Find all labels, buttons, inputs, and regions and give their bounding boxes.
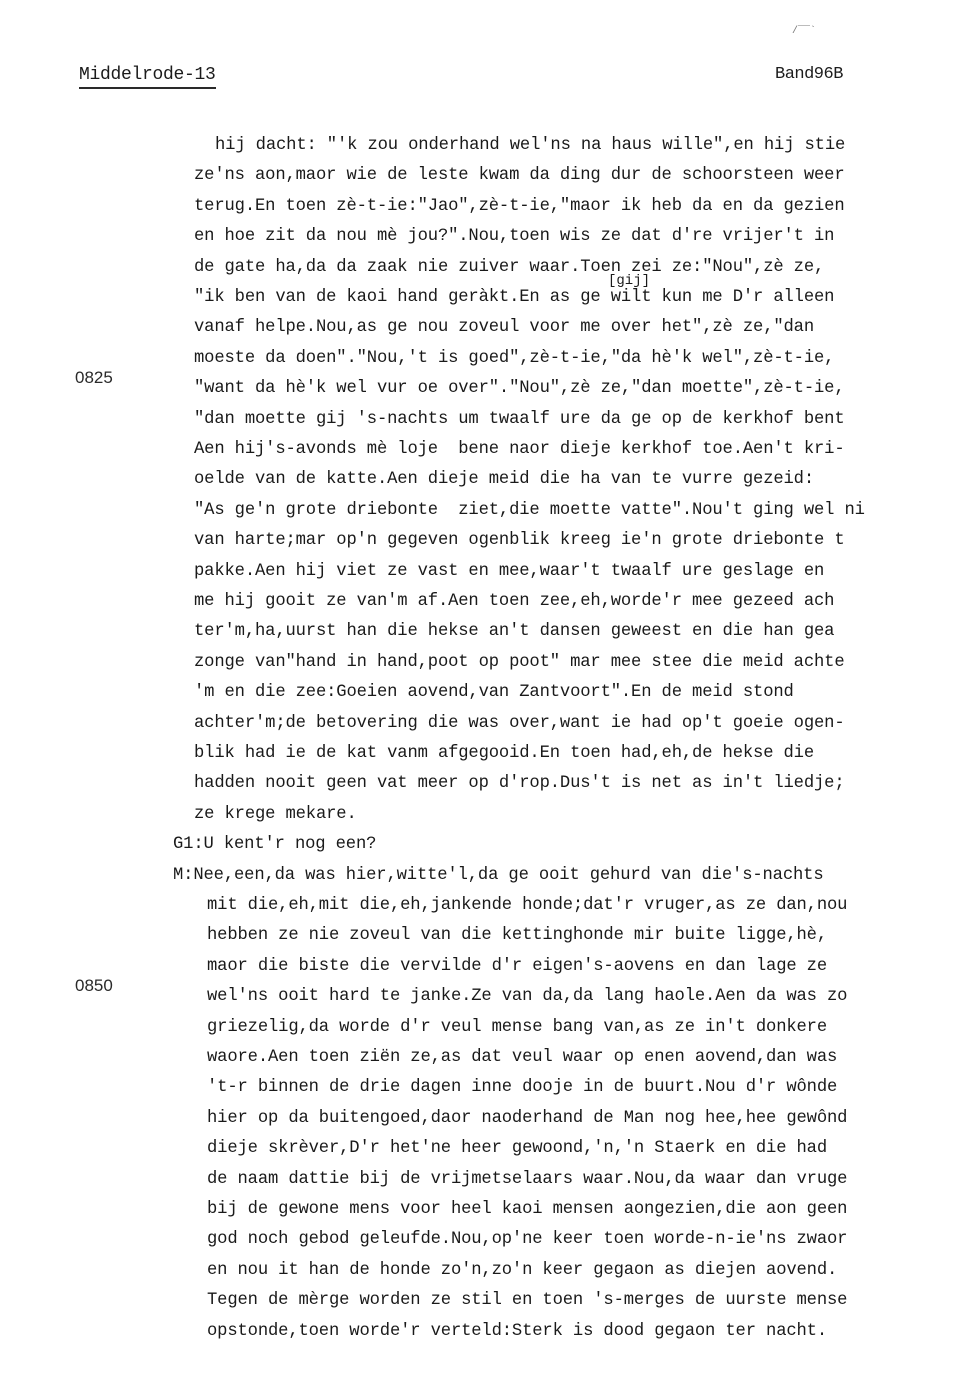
transcript-line: G1:U kent'r nog een? [173,834,376,856]
timestamp-0: 0825 [75,368,113,388]
transcript-line: god noch gebod geleufde.Nou,op'ne keer t… [207,1229,847,1251]
transcript-line: en hoe zit da nou mè jou?".Nou,toen wis … [194,226,834,248]
transcript-line: achter'm;de betovering die was over,want… [194,713,845,735]
transcript-line: "want da hè'k wel vur oe over"."Nou",zè … [194,378,845,400]
transcript-line: van harte;mar op'n gegeven ogenblik kree… [194,530,845,552]
transcript-line: opstonde,toen worde'r verteld:Sterk is d… [207,1321,827,1343]
transcript-line: griezelig,da worde d'r veul mense bang v… [207,1017,827,1039]
transcript-line: dieje skrèver,D'r het'ne heer gewoond,'n… [207,1138,827,1160]
transcript-line: hier op da buitengoed,daor naoderhand de… [207,1108,847,1130]
transcript-line: mit die,eh,mit die,eh,jankende honde;dat… [207,895,847,917]
transcript-line: pakke.Aen hij viet ze vast en mee,waar't… [194,561,824,583]
interlinear-insert: [gij] [608,273,650,289]
transcript-line: Aen hij's-avonds mè loje bene naor dieje… [194,439,845,461]
transcript-line: "dan moette gij 's-nachts um twaalf ure … [194,409,845,431]
transcript-line: blik had ie de kat vanm afgegooid.En toe… [194,743,814,765]
transcript-line: hij dacht: "'k zou onderhand wel'ns na h… [215,135,845,157]
transcript-line: terug.En toen zè-t-ie:"Jao",zè-t-ie,"mao… [194,196,845,218]
transcript-line: hadden nooit geen vat meer op d'rop.Dus'… [194,773,845,795]
transcript-line: waore.Aen toen ziën ze,as dat veul waar … [207,1047,837,1069]
typewritten-transcript-page: /‾‾` Middelrode-13 Band96B hij dacht: "'… [0,0,979,1394]
transcript-line: maor die biste die vervilde d'r eigen's-… [207,956,827,978]
transcript-line: ze krege mekare. [194,804,357,826]
tape-label: Band96B [775,64,843,86]
transcript-line: M:Nee,een,da was hier,witte'l,da ge ooit… [173,865,824,887]
transcript-line: bij de gewone mens voor heel kaoi mensen… [207,1199,847,1221]
transcript-line: hebben ze nie zoveul van die kettinghond… [207,925,827,947]
transcript-line: moeste da doen"."Nou,'t is goed",zè-t-ie… [194,348,834,370]
transcript-line: "As ge'n grote driebonte ziet,die moette… [194,500,865,522]
transcript-line: me hij gooit ze van'm af.Aen toen zee,eh… [194,591,834,613]
transcript-line: de gate ha,da da zaak nie zuiver waar.To… [194,257,824,279]
transcript-line: Tegen de mèrge worden ze stil en toen 's… [207,1290,847,1312]
transcript-line: oelde van de katte.Aen dieje meid die ha… [194,469,814,491]
transcript-line: de naam dattie bij de vrijmetselaars waa… [207,1169,847,1191]
transcript-line: en nou it han de honde zo'n,zo'n keer ge… [207,1260,837,1282]
transcript-line: ze'ns aon,maor wie de leste kwam da ding… [194,165,845,187]
transcript-line: wel'ns ooit hard te janke.Ze van da,da l… [207,986,847,1008]
document-title: Middelrode-13 [79,64,216,89]
transcript-line: zonge van"hand in hand,poot op poot" mar… [194,652,845,674]
transcript-line: 'm en die zee:Goeien aovend,van Zantvoor… [194,682,794,704]
transcript-line: "ik ben van de kaoi hand geràkt.En as ge… [194,287,834,309]
transcript-line: ter'm,ha,uurst han die hekse an't dansen… [194,621,834,643]
timestamp-1: 0850 [75,976,113,996]
scan-artifact: /‾‾` [792,26,816,37]
transcript-line: 't-r binnen de drie dagen inne dooje in … [207,1077,837,1099]
transcript-line: vanaf helpe.Nou,as ge nou zoveul voor me… [194,317,814,339]
